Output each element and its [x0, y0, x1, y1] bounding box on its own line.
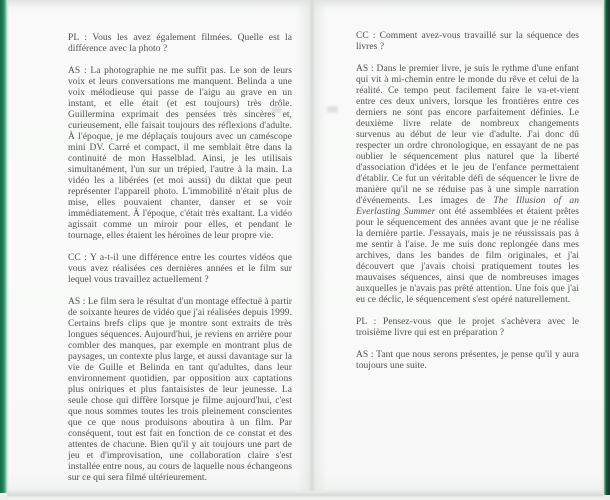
- book-gutter: [297, 0, 327, 491]
- answer-text-before-title: AS : Dans le premier livre, je suis le r…: [356, 64, 579, 206]
- interview-question-pl: PL : Pensez-vous que le projet s'achèver…: [356, 317, 579, 339]
- folio-mark-right: [327, 106, 338, 113]
- interview-answer-as: AS : Le film sera le résultat d'un monta…: [68, 297, 292, 484]
- right-page: CC : Comment avez-vous travaillé sur la …: [356, 31, 579, 372]
- folio-mark-left: [271, 106, 282, 113]
- book-cover-edge-left: [0, 0, 9, 493]
- interview-question-cc: CC : Comment avez-vous travaillé sur la …: [356, 31, 579, 53]
- interview-answer-as: AS : Dans le premier livre, je suis le r…: [356, 64, 579, 306]
- interview-answer-as: AS : Tant que nous serons présentes, je …: [356, 350, 579, 372]
- book-cover-edge-right: [602, 0, 610, 495]
- interview-question-cc: CC : Y a-t-il une différence entre les c…: [68, 253, 292, 286]
- interview-question-pl: PL : Vous les avez également filmées. Qu…: [68, 33, 292, 55]
- answer-text-after-title: ont été assemblées et étaient prêtes pou…: [356, 207, 579, 305]
- open-book-spread: PL : Vous les avez également filmées. Qu…: [0, 0, 610, 500]
- left-page: PL : Vous les avez également filmées. Qu…: [68, 33, 292, 484]
- interview-answer-as: AS : La photographie ne me suffit pas. L…: [68, 66, 292, 242]
